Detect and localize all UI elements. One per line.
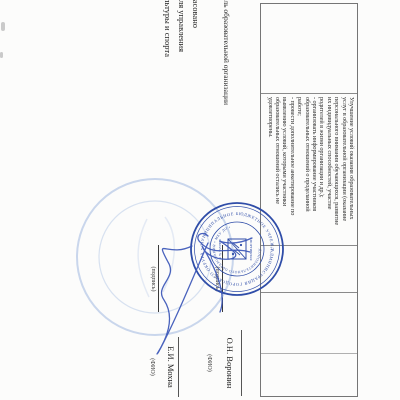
measure-text-line: - провести дополнительное анкетирование … [288, 97, 295, 245]
faint-stamp-detail [138, 217, 174, 297]
table-cell-measures-text: Улучшение условий оказания образовательн… [261, 94, 357, 246]
measure-text-line: работе; [296, 97, 303, 245]
document-rotated-content: Согласовано Заместитель руководителя упр… [0, 0, 400, 400]
approval-heading-line: физической культуры и спорта [163, 0, 172, 57]
measures-table: Улучшение условий оказания образовательн… [260, 3, 358, 397]
measure-text-line: образовательных отношений о проделанной [303, 97, 310, 245]
fio-caption: (ФИО) [149, 337, 155, 397]
seal-center-text: СПОРТИВНАЯ [249, 237, 253, 261]
signer-name: О.Н. Воронин [225, 330, 235, 396]
name-rule [241, 330, 242, 396]
measure-text-line: услуг в образовательной организации (ока… [340, 97, 347, 245]
measure-text-line: - организовать информирование участников [311, 97, 318, 245]
signature-caption: (подпись) [214, 244, 220, 314]
approval-heading-line: Заместитель руководителя управления [177, 0, 186, 52]
signature-ink [202, 238, 252, 312]
table-cell-empty [261, 246, 357, 293]
measure-text-line: удовлетворены. [266, 97, 273, 245]
seal-emblem [228, 239, 246, 259]
fio-caption: (ФИО) [206, 330, 212, 396]
measure-text-line: образовательных отношений остались не [274, 97, 281, 245]
signature-rule [158, 245, 159, 312]
scanned-document-page: Согласовано Заместитель руководителя упр… [0, 0, 400, 400]
approval-heading-line: Согласовано [191, 0, 200, 28]
name-rule [178, 337, 179, 397]
table-cell-empty [261, 354, 357, 396]
measure-text-line: их индивидуальных способностей, участие [325, 97, 332, 245]
table-cell-empty [261, 4, 357, 94]
measure-text-line: родителей в жизни организации и др.); [318, 97, 325, 245]
measure-text-line: персонального внимания обучающихся, разв… [333, 97, 340, 245]
table-cell-empty [261, 293, 357, 354]
signer-role-label: Руководитель образовательной организации [222, 0, 231, 105]
signature-rule [222, 245, 223, 312]
signature-ink [198, 234, 250, 252]
measure-text-line: выявлению условий, которыми участники [281, 97, 288, 245]
signer-name: Е.И. Мохна [166, 337, 176, 397]
signature-caption: (подпись) [150, 244, 156, 314]
measure-text-line: Улучшение условий оказания образовательн… [348, 97, 355, 245]
